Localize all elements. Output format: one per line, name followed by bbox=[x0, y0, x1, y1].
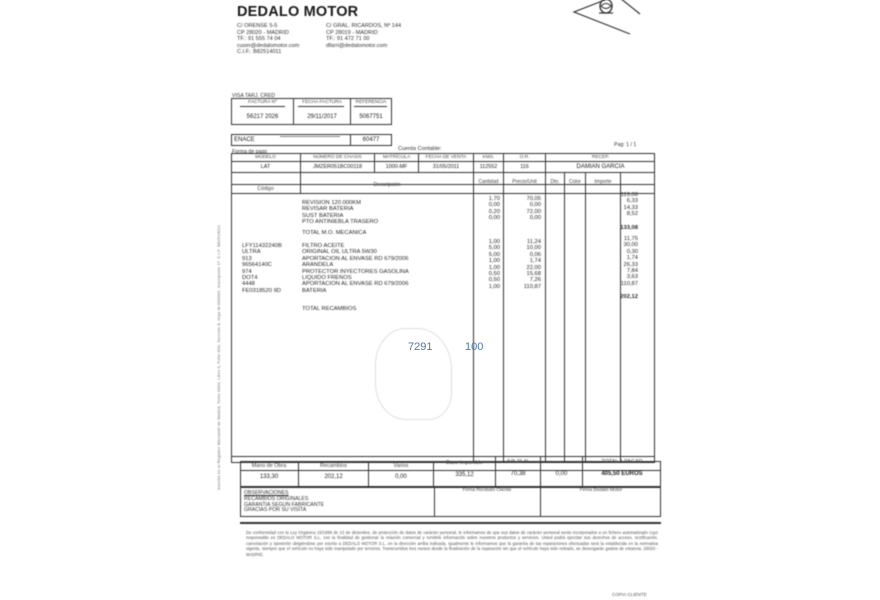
observations-lines: RECAMBIOS ORIGINALES GARANTIA SEGUN FABR… bbox=[244, 497, 324, 514]
part-descriptions: FILTRO ACEITE ORIGINAL OIL ULTRA 5W30 AP… bbox=[302, 243, 409, 294]
col-discount: Dto. bbox=[546, 179, 564, 185]
invoice-date-label: FECHA FACTURA bbox=[294, 100, 350, 105]
total-due-label: TOTAL A PAGAR bbox=[583, 459, 661, 465]
invoice-number: 56217 2026 bbox=[232, 114, 293, 120]
chassis-value: JMZER051BC00118 bbox=[301, 164, 374, 170]
misc-value: 0,00 bbox=[369, 474, 433, 480]
vat-label: IVA 21 % bbox=[496, 459, 540, 465]
plate-label: MATRÍCULA bbox=[375, 155, 418, 160]
invoice-table bbox=[231, 153, 655, 463]
legal-text: De conformidad con la Ley Orgánica 15/19… bbox=[246, 530, 658, 557]
brand-logo-icon bbox=[570, 0, 650, 40]
chassis-label: NÚMERO DE CHASIS bbox=[301, 155, 374, 160]
labor-total-label: TOTAL M.O. MECANICA bbox=[302, 230, 366, 236]
overlay-value-1: 7291 bbox=[408, 341, 432, 353]
col-unit-price: Precio/Unit bbox=[504, 179, 545, 185]
receptionist-value: DAMIAN GARCIA bbox=[546, 164, 655, 170]
invoice-date: 29/11/2017 bbox=[294, 114, 350, 120]
parts-sum-label: Recambios bbox=[299, 463, 368, 469]
misc-label: Varios bbox=[369, 463, 433, 469]
vat-value: 70,38 bbox=[496, 471, 540, 477]
labor-sum-value: 133,30 bbox=[240, 474, 298, 480]
company-name: DEDALO MOTOR bbox=[237, 4, 358, 20]
model-value: LAT bbox=[231, 164, 300, 170]
part-amounts: 11,75 30,00 0,30 1,74 26,33 7,84 3,63 11… bbox=[612, 236, 638, 287]
col-color: Color bbox=[565, 179, 585, 185]
col-amount: Importe bbox=[586, 179, 620, 185]
parts-total-label: TOTAL RECAMBIOS bbox=[302, 306, 356, 312]
registry-side-text: Inscrita en el Registro Mercantil de Mad… bbox=[216, 160, 221, 490]
company-signature-label: Firma Dedalo Motor bbox=[541, 488, 661, 493]
account-label: Cuenta Contable: bbox=[398, 146, 442, 152]
part-item: BATERIA bbox=[302, 288, 409, 294]
total-due-value: 405,50 EUROS bbox=[583, 471, 661, 477]
part-prices: 11,24 10,00 0,06 1,74 22,00 15,68 7,26 1… bbox=[504, 239, 541, 290]
part-item: APORTACION AL ENVASE RD 679/2006 bbox=[302, 281, 409, 287]
copy-label: COPIA CLIENTE bbox=[612, 592, 647, 597]
col-description: Descripción bbox=[301, 182, 473, 188]
kms-label: KMS. bbox=[474, 155, 503, 160]
client-name: ENACE bbox=[234, 137, 255, 143]
reference-label: REFERENCIA bbox=[351, 100, 391, 105]
col-quantity: Cantidad bbox=[474, 179, 503, 185]
labor-amounts: 119,08 6,33 14,33 8,52 bbox=[620, 192, 638, 218]
model-label: MODELO bbox=[231, 155, 300, 160]
col-code: Código bbox=[231, 186, 300, 192]
parts-sum-value: 202,12 bbox=[299, 474, 368, 480]
client-code: 60477 bbox=[351, 137, 391, 143]
receptionist-label: RECEP. bbox=[546, 155, 655, 160]
company-address-2: C/ GRAL. RICARDOS, Nº 144 CP 28019 - MAD… bbox=[326, 23, 401, 49]
client-signature-label: Firma Recibido Cliente bbox=[434, 488, 540, 493]
invoice-number-label: FACTURA Nº bbox=[232, 100, 293, 105]
sale-date-label: FECHA DE VENTA bbox=[419, 155, 473, 160]
plate-value: 1000-MF bbox=[375, 164, 418, 170]
parts-total-amount: 202,12 bbox=[610, 294, 638, 300]
part-codes: LFY11432240B ULTRA 913 96564140C 974 DOT… bbox=[242, 243, 282, 294]
overlay-value-2: 100 bbox=[465, 341, 483, 353]
reference: 5067751 bbox=[351, 114, 391, 120]
labor-descriptions: REVISION 120.000KM REVISAR BATERIA SUST … bbox=[302, 200, 378, 226]
labor-prices: 70,05 0,00 72,00 0,00 bbox=[504, 196, 541, 222]
taxable-base-value: 335,12 bbox=[434, 472, 495, 478]
or-label: O.R. bbox=[504, 155, 545, 160]
company-address-1: C/ ORENSE 5-5 CP 28020 - MADRID TF.: 91 … bbox=[237, 23, 299, 56]
invoice-page: DEDALO MOTOR C/ ORENSE 5-5 CP 28020 - MA… bbox=[0, 0, 880, 600]
labor-sum-label: Mano de Obra bbox=[240, 463, 298, 469]
sale-date-value: 31/05/2011 bbox=[419, 164, 473, 170]
kms-value: 112552 bbox=[474, 164, 503, 170]
or-value: 116 bbox=[504, 164, 545, 170]
labor-quantities: 1,70 0,00 0,20 0,00 bbox=[474, 196, 500, 222]
labor-item: PTO ANTINIEBLA TRASERO bbox=[302, 219, 378, 225]
other-value: 0,00 bbox=[541, 471, 582, 477]
labor-total-amount: 133,08 bbox=[610, 225, 638, 231]
page-label: Pag: 1 / 1 bbox=[614, 142, 636, 148]
taxable-base-label: Base imponible bbox=[434, 460, 495, 466]
part-quantities: 1,00 5,00 5,00 1,00 1,00 0,50 0,50 1,00 bbox=[474, 239, 500, 290]
